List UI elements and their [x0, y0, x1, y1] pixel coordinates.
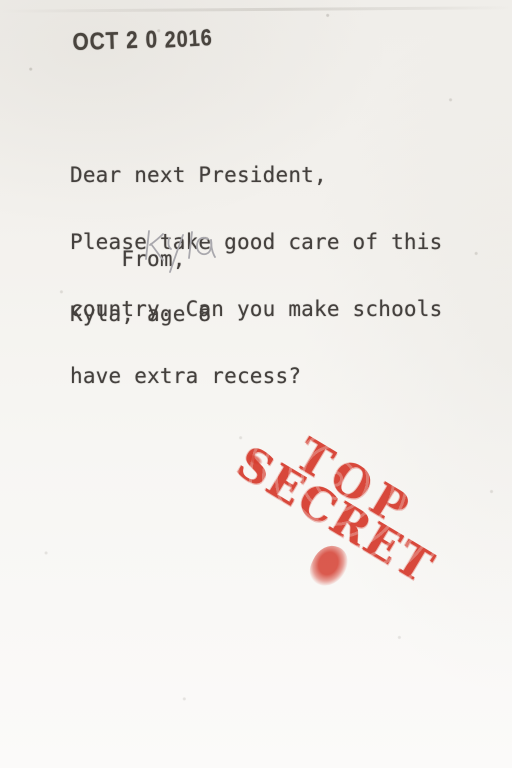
body-line: Dear next President, [70, 164, 442, 186]
stamp-ink-blotch [305, 540, 353, 592]
date-stamp: OCT 2 02016 [72, 24, 213, 57]
body-line: have extra recess? [70, 365, 442, 387]
letter-paper: OCT 2 02016 Dear next President, Please … [0, 0, 512, 768]
date-stamp-month-day: OCT 2 0 [72, 25, 158, 55]
typed-signature: Kyla, age 8 [70, 303, 211, 325]
paper-crease [0, 6, 512, 13]
handwritten-signature [142, 226, 222, 276]
date-stamp-year: 2016 [164, 25, 213, 54]
